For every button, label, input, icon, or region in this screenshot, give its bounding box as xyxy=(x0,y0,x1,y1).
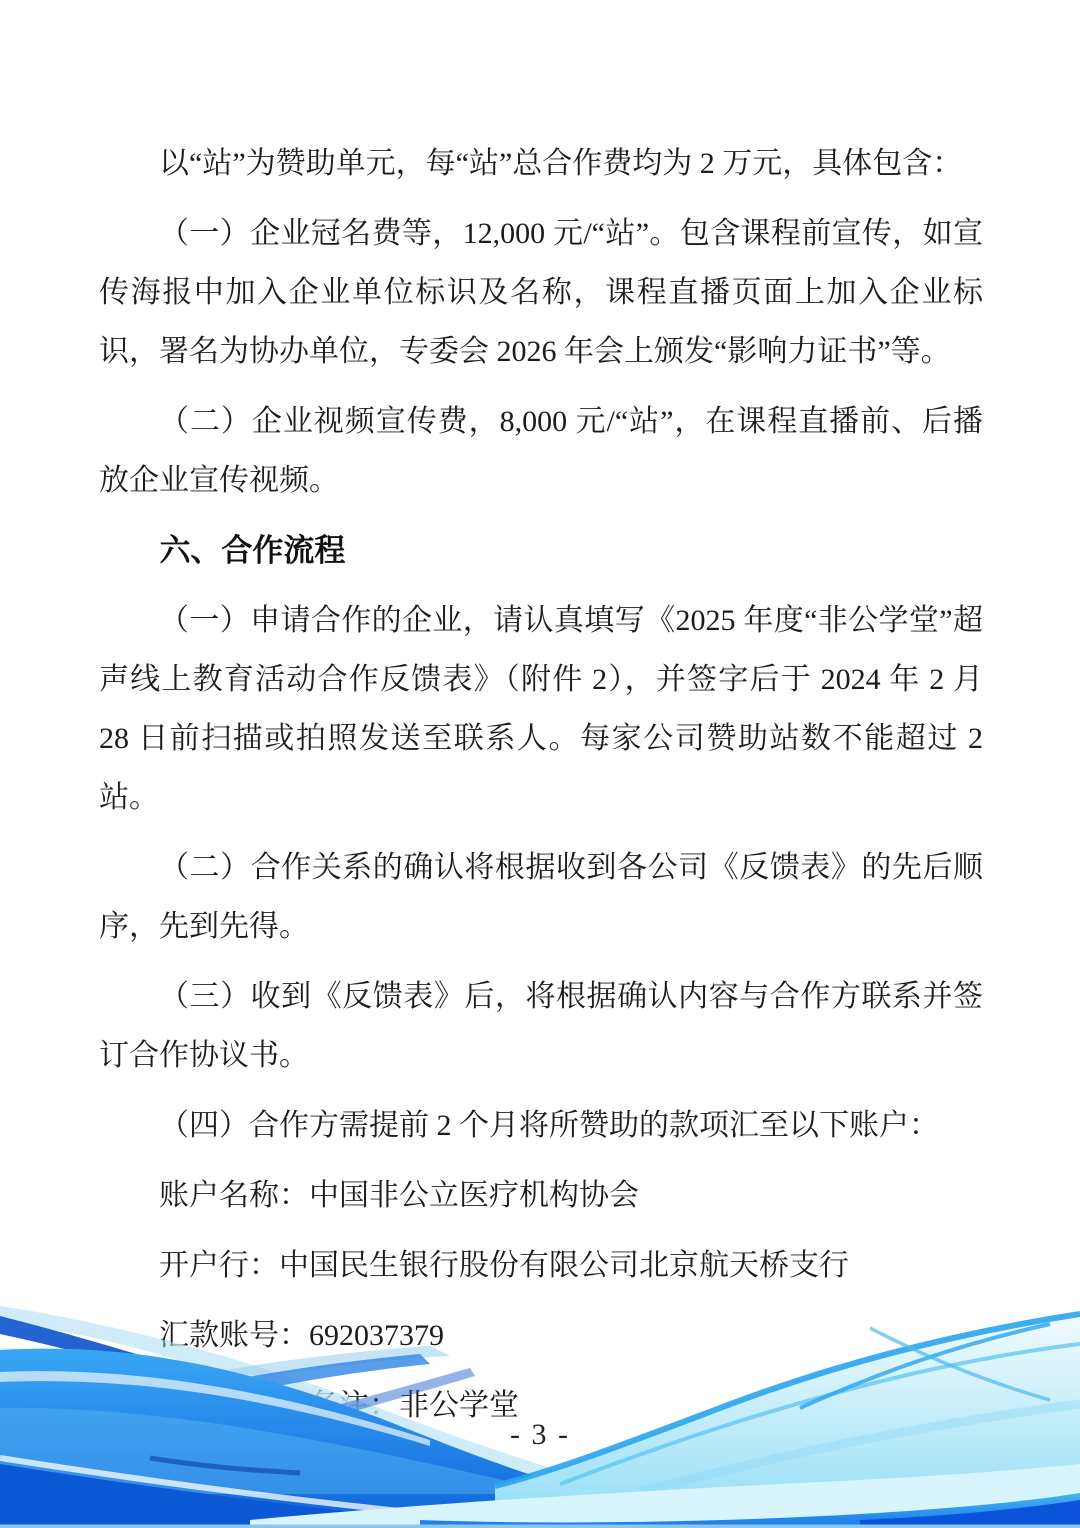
document-body: 以“站”为赞助单元，每“站”总合作费均为 2 万元，具体包含： （一）企业冠名费… xyxy=(99,134,983,1446)
paragraph-sponsor-unit: 以“站”为赞助单元，每“站”总合作费均为 2 万元，具体包含： xyxy=(99,134,983,193)
paragraph-video-fee: （二）企业视频宣传费，8,000 元/“站”，在课程直播前、后播放企业宣传视频。 xyxy=(99,392,983,510)
document-page: 以“站”为赞助单元，每“站”总合作费均为 2 万元，具体包含： （一）企业冠名费… xyxy=(0,0,1080,1528)
paragraph-process-1: （一）申请合作的企业，请认真填写《2025 年度“非公学堂”超声线上教育活动合作… xyxy=(99,591,983,827)
section-heading-cooperation-process: 六、合作流程 xyxy=(99,521,983,580)
paragraph-bank-name: 开户行：中国民生银行股份有限公司北京航天桥支行 xyxy=(99,1236,983,1295)
paragraph-process-3: （三）收到《反馈表》后，将根据确认内容与合作方联系并签订合作协议书。 xyxy=(99,967,983,1085)
paragraph-process-2: （二）合作关系的确认将根据收到各公司《反馈表》的先后顺序，先到先得。 xyxy=(99,838,983,956)
paragraph-account-number: 汇款账号：692037379 xyxy=(99,1306,983,1365)
paragraph-account-name: 账户名称：中国非公立医疗机构协会 xyxy=(99,1166,983,1225)
paragraph-process-4: （四）合作方需提前 2 个月将所赞助的款项汇至以下账户： xyxy=(99,1096,983,1155)
page-number: - 3 - xyxy=(0,1418,1080,1452)
paragraph-naming-fee: （一）企业冠名费等，12,000 元/“站”。包含课程前宣传，如宣传海报中加入企… xyxy=(99,204,983,381)
